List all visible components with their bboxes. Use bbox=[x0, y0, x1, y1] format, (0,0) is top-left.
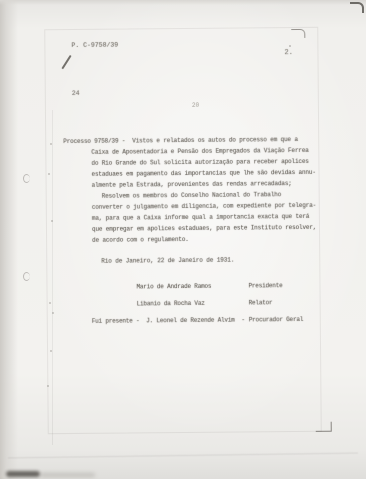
signature-name: Libanio da Rocha Vaz bbox=[137, 300, 205, 308]
signature-name: Mario de Andrade Ramos bbox=[136, 283, 211, 291]
file-reference: P. C-9758/39 bbox=[71, 42, 118, 49]
margin-number-center: 20 bbox=[192, 102, 199, 109]
photo-corner-hook bbox=[350, 2, 364, 13]
signature-title: Presidente bbox=[248, 282, 282, 289]
punch-mark bbox=[23, 272, 30, 281]
pen-slash-mark bbox=[61, 55, 71, 69]
scan-left-shadow bbox=[0, 0, 18, 479]
page-number: 2. bbox=[284, 49, 292, 57]
signature-title: Procurador Geral bbox=[249, 316, 303, 323]
scan-edge-line bbox=[8, 453, 358, 459]
margin-number-left: 24 bbox=[72, 90, 80, 97]
body-paragraph: Processo 9758/39 - Vistos e relatados os… bbox=[63, 136, 316, 248]
ink-smear bbox=[40, 473, 95, 477]
signature-row: Fui presente - J. Leonel de Rezende Alvi… bbox=[48, 316, 320, 328]
signature-row: Libanio da Rocha Vaz Relator bbox=[48, 299, 320, 311]
dateline: Rio de Janeiro, 22 de Janeiro de 1931. bbox=[101, 257, 234, 265]
signature-name: Fui presente - J. Leonel de Rezende Alvi… bbox=[92, 316, 245, 324]
signature-title: Relator bbox=[249, 299, 273, 306]
punch-mark bbox=[23, 174, 30, 183]
document-page: P. C-9758/39 2. 24 20 Processo 9758/39 -… bbox=[44, 27, 322, 434]
scanned-document-photo: P. C-9758/39 2. 24 20 Processo 9758/39 -… bbox=[0, 0, 366, 479]
body-line: de acordo com o regulamento. bbox=[92, 235, 316, 248]
scan-top-shade bbox=[0, 0, 366, 5]
page-corner-bottom-right bbox=[316, 422, 332, 432]
ink-smudge bbox=[6, 471, 40, 477]
page-corner-top-right bbox=[291, 29, 305, 38]
signature-row: Mario de Andrade Ramos Presidente bbox=[47, 282, 319, 294]
